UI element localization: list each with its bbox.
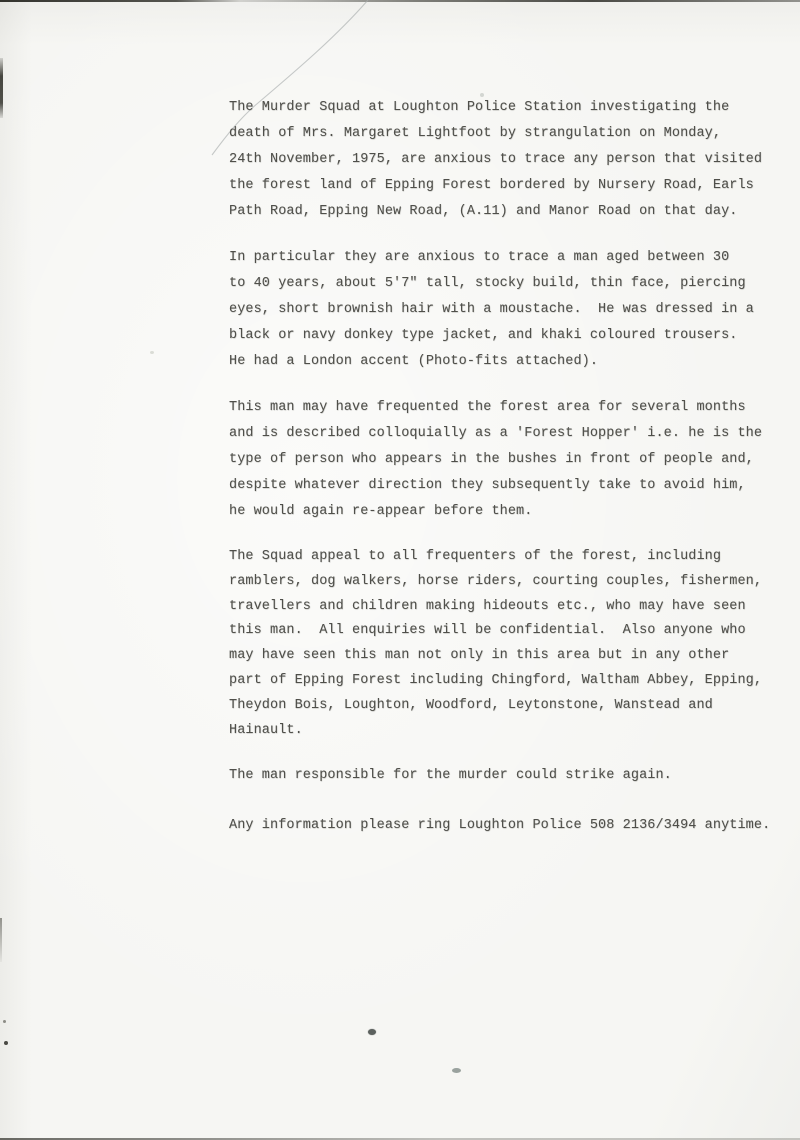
ink-speck: [452, 1068, 461, 1073]
scan-edge-left-lower: [0, 918, 2, 962]
ink-speck: [368, 1029, 376, 1035]
scan-edge-top: [0, 0, 800, 2]
paragraph-intro-murder-squad: The Murder Squad at Loughton Police Stat…: [229, 95, 789, 225]
ink-speck: [150, 351, 154, 354]
paragraph-forest-hopper: This man may have frequented the forest …: [229, 395, 789, 525]
scan-edge-left: [0, 58, 3, 118]
paragraph-contact-phone: Any information please ring Loughton Pol…: [229, 813, 789, 839]
document-text: The Murder Squad at Loughton Police Stat…: [229, 95, 789, 859]
paragraph-suspect-description: In particular they are anxious to trace …: [229, 245, 789, 375]
paragraph-warning: The man responsible for the murder could…: [229, 763, 789, 789]
ink-speck: [4, 1041, 8, 1045]
paragraph-appeal-to-public: The Squad appeal to all frequenters of t…: [229, 545, 789, 743]
ink-speck: [3, 1020, 6, 1023]
